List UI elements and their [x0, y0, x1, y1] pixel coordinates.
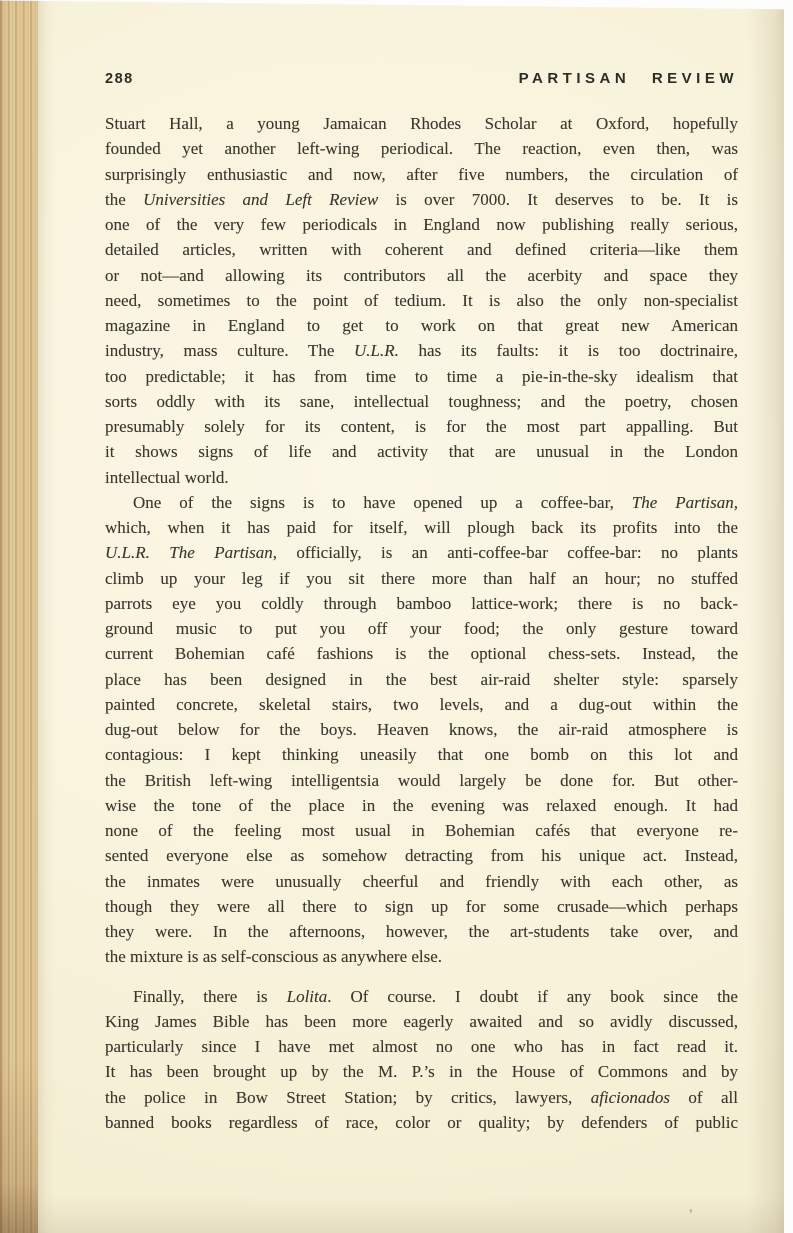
text-segment: none of the feeling most usual in Bohemi… [105, 821, 738, 840]
text-segment: detailed articles, written with coherent… [105, 240, 738, 259]
text-segment: which, when it has paid for itself, will… [105, 518, 738, 537]
text-line: banned books regardless of race, color o… [105, 1110, 738, 1135]
scan-right-margin [784, 0, 793, 1233]
text-line: It has been brought up by the M. P.’s in… [105, 1059, 738, 1084]
text-line: industry, mass culture. The U.L.R. has i… [105, 338, 738, 363]
italic-text-segment: U.L.R. The Partisan [105, 543, 273, 562]
text-line: the Universities and Left Review is over… [105, 187, 738, 212]
text-segment: intellectual world. [105, 468, 229, 487]
text-line: King James Bible has been more eagerly a… [105, 1009, 738, 1034]
text-line: though they were all there to sign up fo… [105, 894, 738, 919]
italic-text-segment: The Partisan, [632, 493, 738, 512]
italic-text-segment: Universities and Left Review [143, 190, 378, 209]
text-line: One of the signs is to have opened up a … [105, 490, 738, 515]
text-segment: industry, mass culture. The [105, 341, 354, 360]
text-segment: contagious: I kept thinking uneasily tha… [105, 745, 738, 764]
text-line: place has been designed in the best air-… [105, 667, 738, 692]
text-segment: too predictable; it has from time to tim… [105, 367, 738, 386]
text-segment: is over 7000. It deserves to be. It is [378, 190, 738, 209]
italic-text-segment: U.L.R. [354, 341, 399, 360]
text-segment: the police in Bow Street Station; by cri… [105, 1088, 591, 1107]
text-segment: place has been designed in the best air-… [105, 670, 738, 689]
text-line: dug-out below for the boys. Heaven knows… [105, 717, 738, 742]
text-segment: of all [670, 1088, 738, 1107]
italic-text-segment: aficionados [591, 1088, 670, 1107]
text-segment: has its faults: it is too doctrinaire, [399, 341, 738, 360]
text-line: the inmates were unusually cheerful and … [105, 869, 738, 894]
text-line: which, when it has paid for itself, will… [105, 515, 738, 540]
text-segment: the inmates were unusually cheerful and … [105, 872, 738, 891]
running-head: 288 PARTISAN REVIEW [105, 70, 738, 87]
text-line: intellectual world. [105, 465, 738, 490]
text-segment: It has been brought up by the M. P.’s in… [105, 1062, 738, 1081]
text-segment: wise the tone of the place in the evenin… [105, 796, 738, 815]
text-line: the police in Bow Street Station; by cri… [105, 1085, 738, 1110]
text-line: or not—and allowing its contributors all… [105, 263, 738, 288]
text-segment: banned books regardless of race, color o… [105, 1113, 738, 1132]
text-segment: One of the signs is to have opened up a … [133, 493, 632, 512]
text-segment: parrots eye you coldly through bamboo la… [105, 594, 738, 613]
text-line: current Bohemian café fashions is the op… [105, 641, 738, 666]
book-page-edges [0, 0, 38, 1233]
text-line: detailed articles, written with coherent… [105, 237, 738, 262]
page-text: Stuart Hall, a young Jamaican Rhodes Sch… [105, 111, 738, 1135]
text-segment: magazine in England to get to work on th… [105, 316, 738, 335]
text-segment: the [105, 190, 143, 209]
text-line: U.L.R. The Partisan, officially, is an a… [105, 540, 738, 565]
text-line: wise the tone of the place in the evenin… [105, 793, 738, 818]
text-segment: . Of course. I doubt if any book since t… [327, 987, 738, 1006]
text-segment: need, sometimes to the point of tedium. … [105, 291, 738, 310]
text-segment: one of the very few periodicals in Engla… [105, 215, 738, 234]
text-line: magazine in England to get to work on th… [105, 313, 738, 338]
text-segment: surprisingly enthusiastic and now, after… [105, 165, 738, 184]
text-segment: it shows signs of life and activity that… [105, 442, 738, 461]
text-line: painted concrete, skeletal stairs, two l… [105, 692, 738, 717]
text-segment: , officially, is an anti-coffee-bar coff… [273, 543, 738, 562]
text-line: it shows signs of life and activity that… [105, 439, 738, 464]
text-segment: sented everyone else as somehow detracti… [105, 846, 738, 865]
text-line: parrots eye you coldly through bamboo la… [105, 591, 738, 616]
text-segment: they were. In the afternoons, however, t… [105, 922, 738, 941]
text-segment: sorts oddly with its sane, intellectual … [105, 392, 738, 411]
scanned-book-page: 288 PARTISAN REVIEW Stuart Hall, a young… [0, 0, 793, 1233]
text-line: one of the very few periodicals in Engla… [105, 212, 738, 237]
text-segment: the mixture is as self-conscious as anyw… [105, 947, 442, 966]
text-line: the British left-wing intelligentsia wou… [105, 768, 738, 793]
journal-title: PARTISAN REVIEW [519, 70, 738, 87]
text-segment: Finally, there is [133, 987, 287, 1006]
text-segment: presumably solely for its content, is fo… [105, 417, 738, 436]
text-segment: ground music to put you off your food; t… [105, 619, 738, 638]
text-segment: founded yet another left-wing periodical… [105, 139, 738, 158]
text-segment: Stuart Hall, a young Jamaican Rhodes Sch… [105, 114, 738, 133]
text-line: ground music to put you off your food; t… [105, 616, 738, 641]
text-line: founded yet another left-wing periodical… [105, 136, 738, 161]
paragraph: One of the signs is to have opened up a … [105, 490, 738, 970]
text-line: sented everyone else as somehow detracti… [105, 843, 738, 868]
text-line: Stuart Hall, a young Jamaican Rhodes Sch… [105, 111, 738, 136]
text-segment: particularly since I have met almost no … [105, 1037, 738, 1056]
page-number: 288 [105, 71, 134, 87]
text-segment: King James Bible has been more eagerly a… [105, 1012, 738, 1031]
text-line: the mixture is as self-conscious as anyw… [105, 944, 738, 969]
text-line: none of the feeling most usual in Bohemi… [105, 818, 738, 843]
text-segment: current Bohemian café fashions is the op… [105, 644, 738, 663]
text-line: surprisingly enthusiastic and now, after… [105, 162, 738, 187]
paragraph: Finally, there is Lolita. Of course. I d… [105, 984, 738, 1136]
text-line: too predictable; it has from time to tim… [105, 364, 738, 389]
text-line: need, sometimes to the point of tedium. … [105, 288, 738, 313]
text-segment: climb up your leg if you sit there more … [105, 569, 738, 588]
italic-text-segment: Lolita [287, 987, 328, 1006]
text-segment: or not—and allowing its contributors all… [105, 266, 738, 285]
text-line: they were. In the afternoons, however, t… [105, 919, 738, 944]
text-segment: the British left-wing intelligentsia wou… [105, 771, 738, 790]
paragraph: Stuart Hall, a young Jamaican Rhodes Sch… [105, 111, 738, 490]
text-line: climb up your leg if you sit there more … [105, 566, 738, 591]
text-line: sorts oddly with its sane, intellectual … [105, 389, 738, 414]
text-segment: painted concrete, skeletal stairs, two l… [105, 695, 738, 714]
text-segment: dug-out below for the boys. Heaven knows… [105, 720, 738, 739]
text-line: presumably solely for its content, is fo… [105, 414, 738, 439]
text-line: particularly since I have met almost no … [105, 1034, 738, 1059]
text-line: contagious: I kept thinking uneasily tha… [105, 742, 738, 767]
text-segment: though they were all there to sign up fo… [105, 897, 738, 916]
text-line: Finally, there is Lolita. Of course. I d… [105, 984, 738, 1009]
